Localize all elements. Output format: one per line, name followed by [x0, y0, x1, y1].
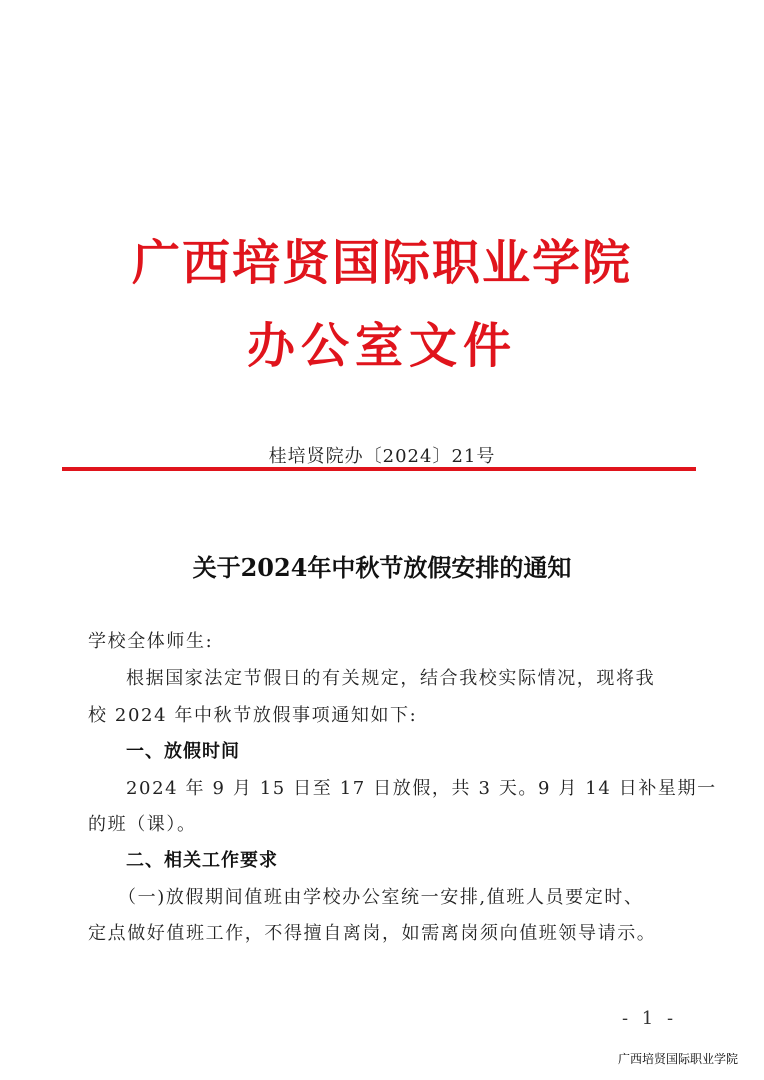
- document-number: 桂培贤院办〔2024〕21号: [0, 442, 764, 468]
- section-2-item-1-line-2: 定点做好值班工作，不得擅自离岗，如需离岗须向值班领导请示。: [88, 919, 688, 945]
- section-2-item-1-line-1: （一)放假期间值班由学校办公室统一安排,值班人员要定时、: [118, 883, 718, 909]
- document-type-title: 办公室文件: [0, 307, 764, 376]
- notice-title: 关于2024年中秋节放假安排的通知: [0, 548, 764, 583]
- issuer-title: 广西培贤国际职业学院: [0, 224, 764, 293]
- document-page: 广西培贤国际职业学院 办公室文件 桂培贤院办〔2024〕21号 关于2024年中…: [0, 0, 764, 1080]
- section-1-heading: 一、放假时间: [126, 737, 726, 763]
- intro-paragraph-line-2: 校 2024 年中秋节放假事项通知如下:: [88, 701, 688, 727]
- section-1-line-2: 的班（课）。: [88, 810, 688, 836]
- footer-watermark: 广西培贤国际职业学院: [618, 1050, 738, 1067]
- red-divider: [62, 467, 696, 471]
- intro-paragraph-line-1: 根据国家法定节假日的有关规定，结合我校实际情况，现将我: [126, 664, 726, 690]
- section-2-heading: 二、相关工作要求: [126, 846, 726, 872]
- salutation: 学校全体师生:: [88, 627, 688, 653]
- section-1-line-1: 2024 年 9 月 15 日至 17 日放假，共 3 天。9 月 14 日补星…: [126, 774, 726, 800]
- page-number: - 1 -: [622, 1008, 677, 1029]
